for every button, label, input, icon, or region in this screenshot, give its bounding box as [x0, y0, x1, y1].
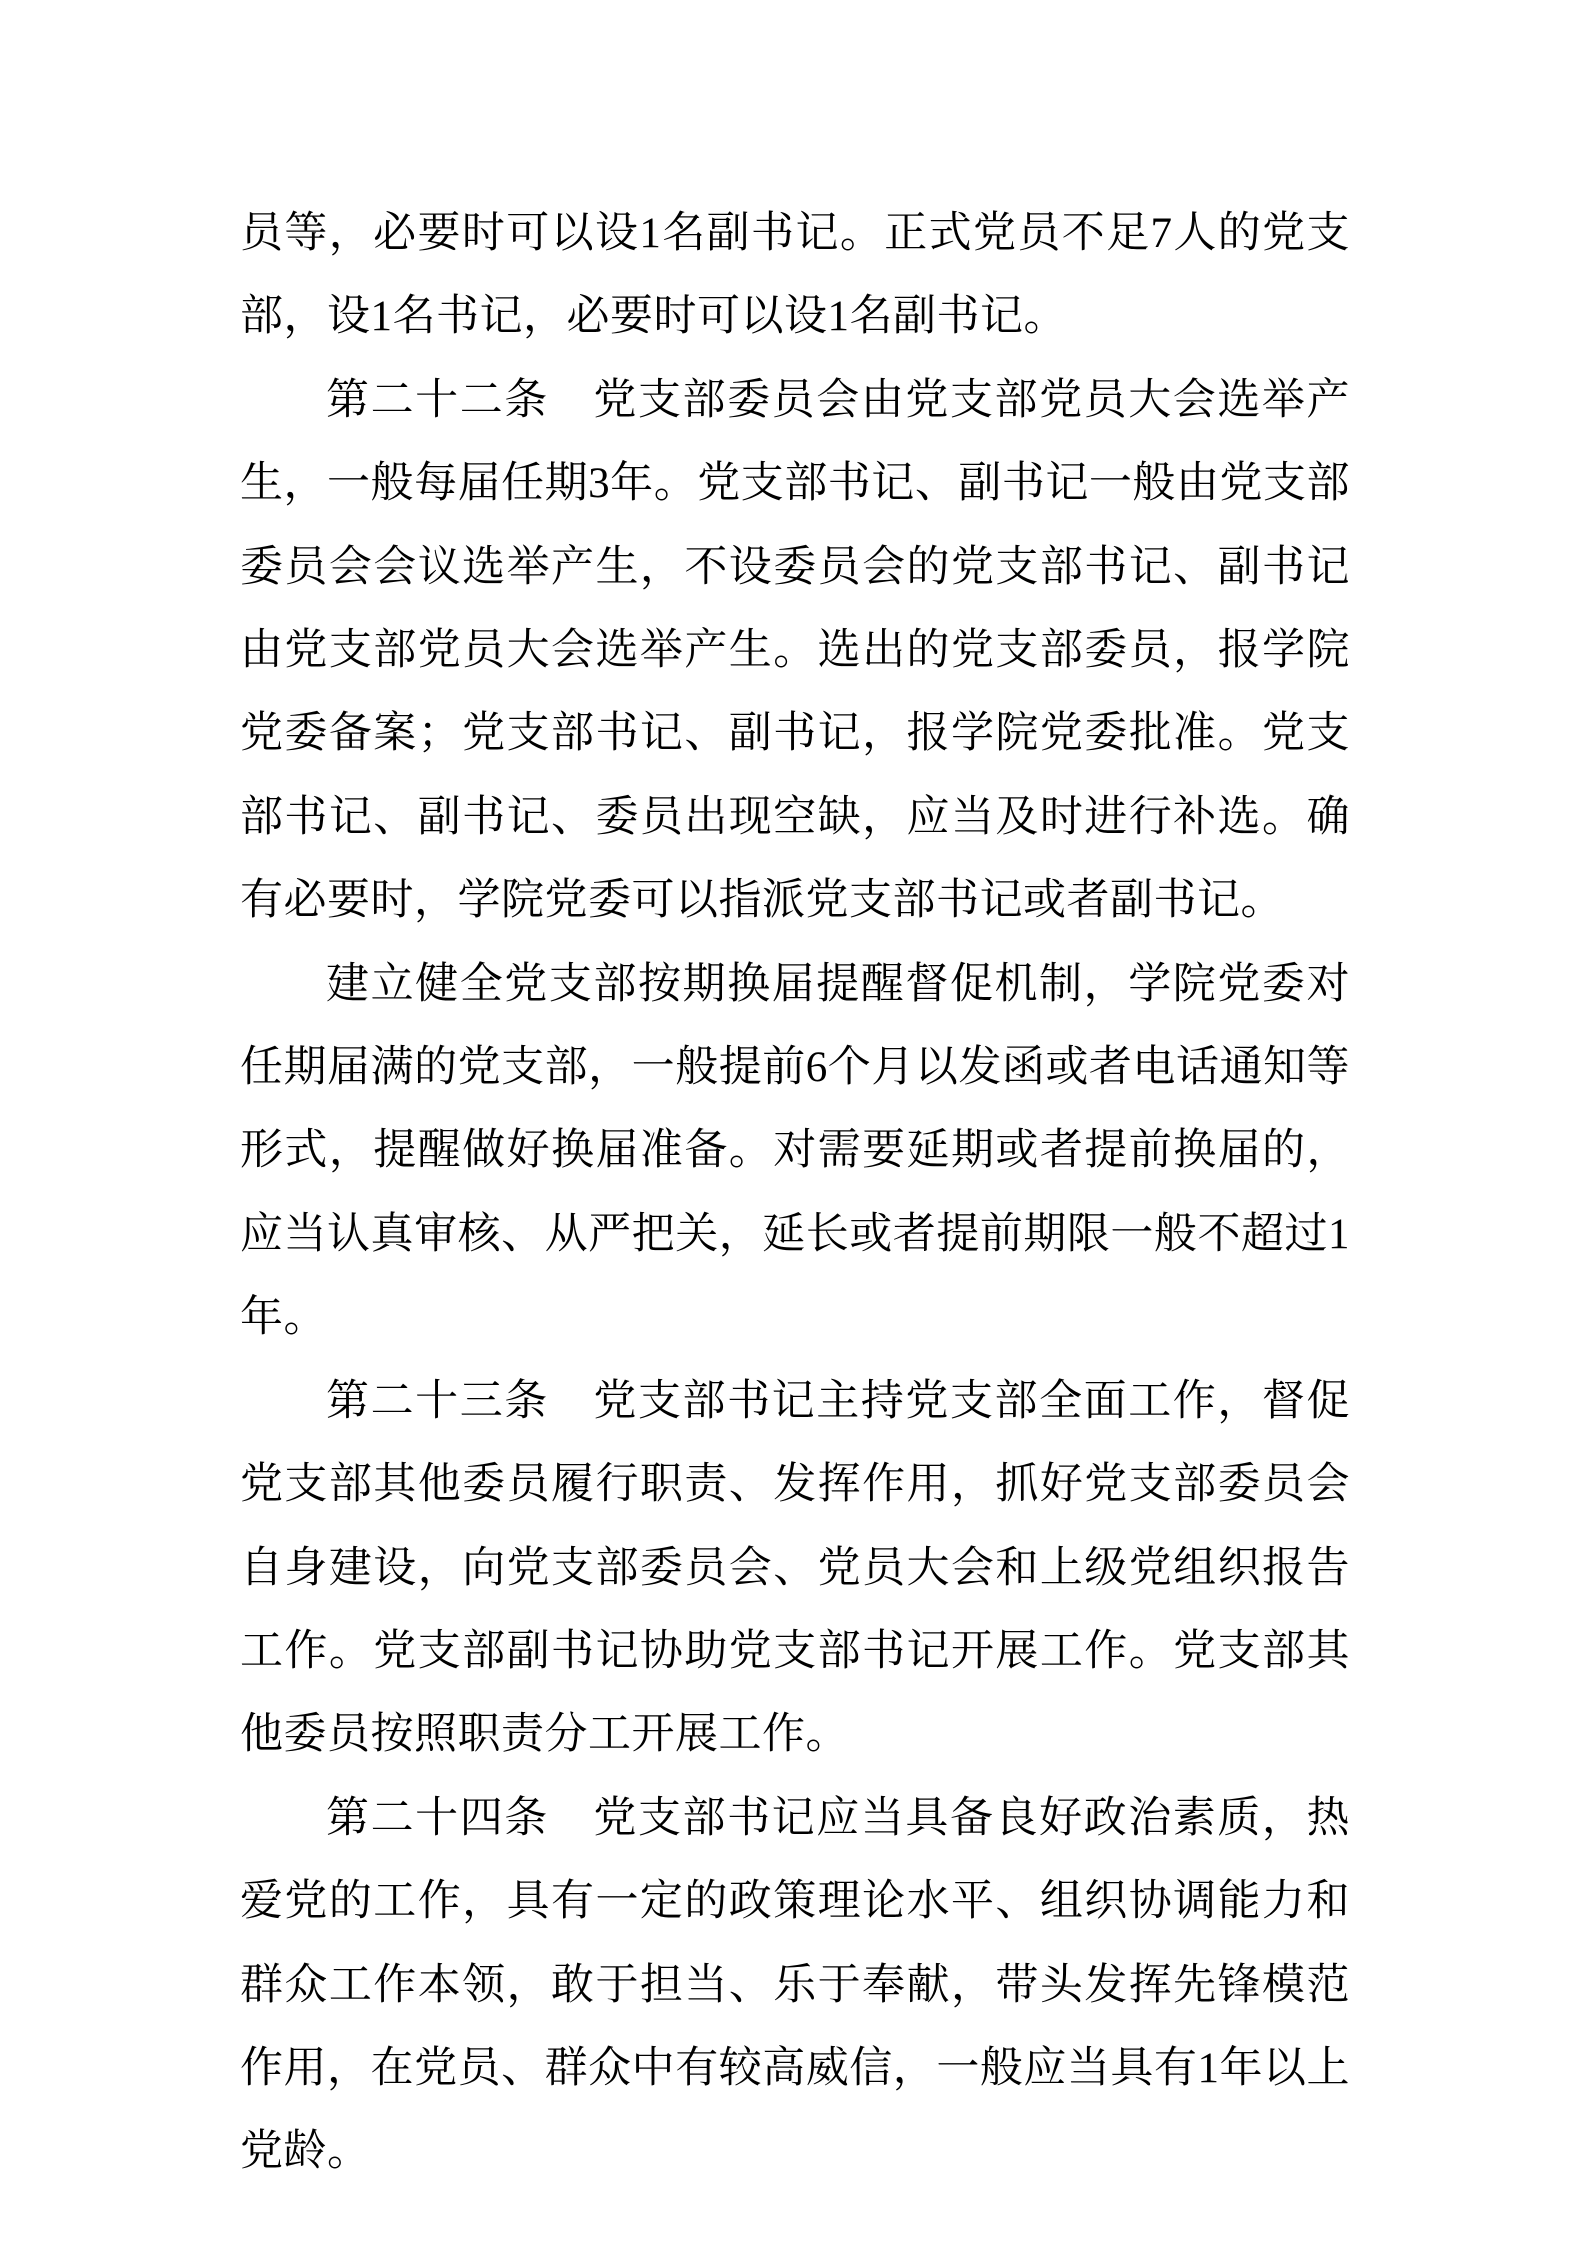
document-text-block: 员等，必要时可以设1名副书记。正式党员不足7人的党支部，设1名书记，必要时可以设… — [240, 192, 1350, 2194]
paragraph-article-22-renewal-mechanism: 建立健全党支部按期换届提醒督促机制，学院党委对任期届满的党支部，一般提前6个月以… — [240, 943, 1350, 1360]
paragraph-continuation: 员等，必要时可以设1名副书记。正式党员不足7人的党支部，设1名书记，必要时可以设… — [240, 192, 1350, 359]
paragraph-article-24: 第二十四条 党支部书记应当具备良好政治素质，热爱党的工作，具有一定的政策理论水平… — [240, 1777, 1350, 2194]
paragraph-article-22: 第二十二条 党支部委员会由党支部党员大会选举产生，一般每届任期3年。党支部书记、… — [240, 359, 1350, 943]
document-page: 员等，必要时可以设1名副书记。正式党员不足7人的党支部，设1名书记，必要时可以设… — [0, 0, 1587, 2245]
paragraph-article-23: 第二十三条 党支部书记主持党支部全面工作，督促党支部其他委员履行职责、发挥作用，… — [240, 1360, 1350, 1777]
